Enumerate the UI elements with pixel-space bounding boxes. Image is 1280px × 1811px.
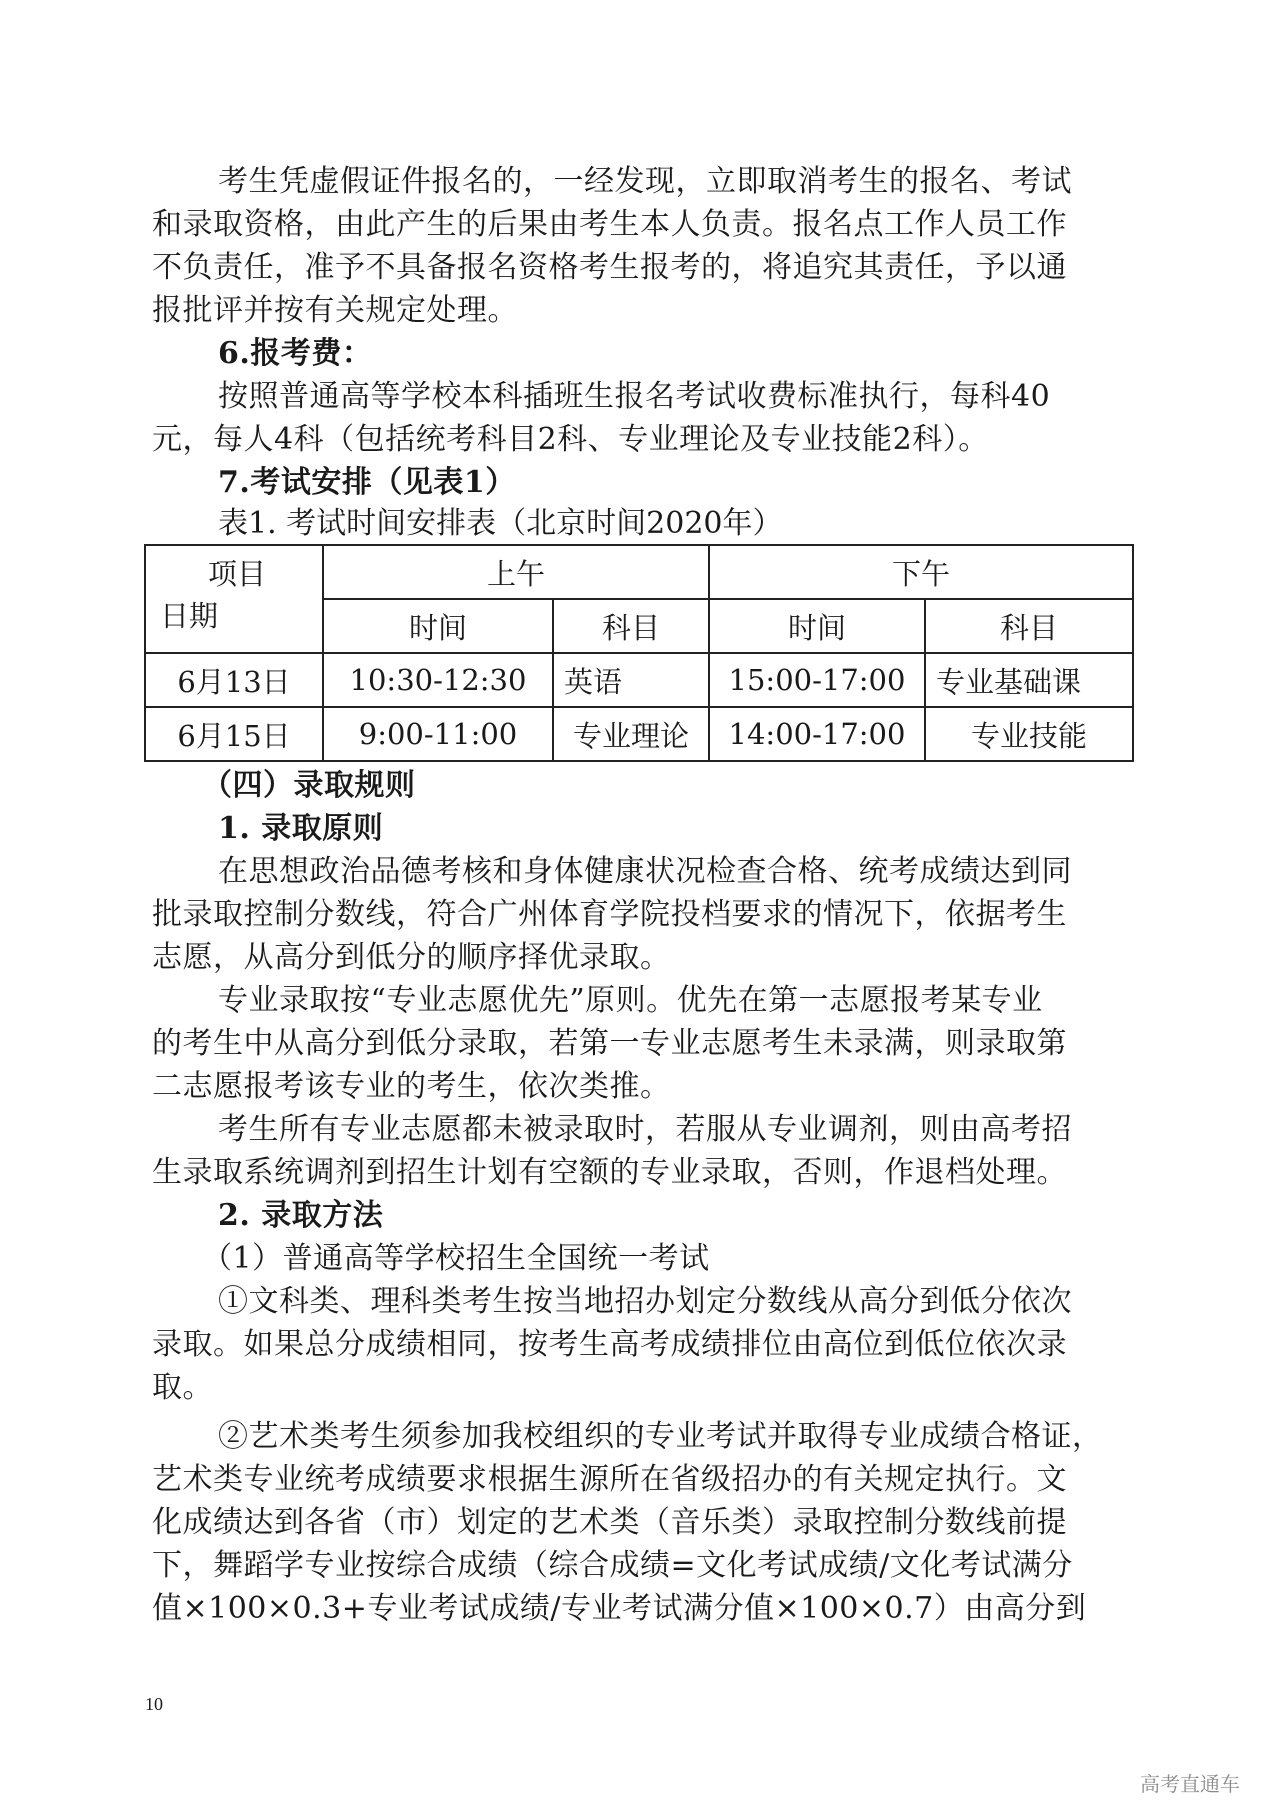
header-pm: 下午 bbox=[709, 545, 1133, 599]
paragraph-line: 考生凭虚假证件报名的，一经发现，立即取消考生的报名、考试 bbox=[152, 160, 1132, 203]
cell-pm-subject: 专业基础课 bbox=[925, 653, 1133, 707]
exam-schedule-table: 项目 日期 上午 下午 时间 科目 时间 科目 6月13日 10:30-12:3… bbox=[144, 544, 1134, 762]
subheader-pm-subject: 科目 bbox=[925, 599, 1133, 653]
corner-date-label: 日期 bbox=[160, 594, 218, 635]
header-am: 上午 bbox=[323, 545, 709, 599]
paragraph-line: 化成绩达到各省（市）划定的艺术类（音乐类）录取控制分数线前提 bbox=[152, 1501, 1132, 1544]
table-row: 6月15日 9:00-11:00 专业理论 14:00-17:00 专业技能 bbox=[145, 707, 1133, 761]
subheader-am-subject: 科目 bbox=[553, 599, 709, 653]
table-header-row: 项目 日期 上午 下午 bbox=[145, 545, 1133, 599]
cell-date: 6月15日 bbox=[145, 707, 323, 761]
paragraph-line: ①文科类、理科类考生按当地招办划定分数线从高分到低分依次 bbox=[152, 1280, 1132, 1323]
paragraph-line: 考生所有专业志愿都未被录取时，若服从专业调剂，则由高考招 bbox=[152, 1108, 1132, 1151]
paragraph-line: 专业录取按“专业志愿优先”原则。优先在第一志愿报考某专业 bbox=[152, 979, 1132, 1022]
paragraph-line: 志愿，从高分到低分的顺序择优录取。 bbox=[152, 936, 1132, 979]
paragraph-line: 录取。如果总分成绩相同，按考生高考成绩排位由高位到低位依次录 bbox=[152, 1323, 1132, 1366]
table-row: 6月13日 10:30-12:30 英语 15:00-17:00 专业基础课 bbox=[145, 653, 1133, 707]
cell-date: 6月13日 bbox=[145, 653, 323, 707]
cell-pm-subject: 专业技能 bbox=[925, 707, 1133, 761]
paragraph-line: 批录取控制分数线，符合广州体育学院投档要求的情况下，依据考生 bbox=[152, 893, 1132, 936]
paragraph-line: 不负责任，准予不具备报名资格考生报考的，将追究其责任，予以通 bbox=[152, 246, 1132, 289]
heading-schedule: 7.考试安排（见表1） bbox=[152, 461, 1132, 504]
document-page: 考生凭虚假证件报名的，一经发现，立即取消考生的报名、考试 和录取资格，由此产生的… bbox=[152, 160, 1132, 1630]
paragraph-line: 按照普通高等学校本科插班生报名考试收费标准执行，每科40 bbox=[152, 375, 1132, 418]
table-corner-cell: 项目 日期 bbox=[145, 545, 323, 653]
paragraph-line: 在思想政治品德考核和身体健康状况检查合格、统考成绩达到同 bbox=[152, 850, 1132, 893]
subheader-pm-time: 时间 bbox=[709, 599, 925, 653]
subsection-heading: 1. 录取原则 bbox=[152, 807, 1132, 850]
paragraph-line: 元，每人4科（包括统考科目2科、专业理论及专业技能2科）。 bbox=[152, 418, 1132, 461]
cell-am-subject: 专业理论 bbox=[553, 707, 709, 761]
subsection-heading: 2. 录取方法 bbox=[152, 1194, 1132, 1237]
cell-am-time: 9:00-11:00 bbox=[323, 707, 553, 761]
subheader-am-time: 时间 bbox=[323, 599, 553, 653]
cell-am-time: 10:30-12:30 bbox=[323, 653, 553, 707]
paragraph-line: 生录取系统调剂到招生计划有空额的专业录取，否则，作退档处理。 bbox=[152, 1151, 1132, 1194]
heading-fee: 6.报考费： bbox=[152, 332, 1132, 375]
paragraph-line: 值×100×0.3+专业考试成绩/专业考试满分值×100×0.7）由高分到 bbox=[152, 1587, 1132, 1630]
paragraph-line: 取。 bbox=[152, 1366, 1132, 1409]
sub-item-heading: （1）普通高等学校招生全国统一考试 bbox=[152, 1237, 1132, 1280]
paragraph-line: 报批评并按有关规定处理。 bbox=[152, 289, 1132, 332]
paragraph-line: 艺术类专业统考成绩要求根据生源所在省级招办的有关规定执行。文 bbox=[152, 1458, 1132, 1501]
page-number: 10 bbox=[145, 1694, 163, 1715]
cell-pm-time: 15:00-17:00 bbox=[709, 653, 925, 707]
paragraph-line: 二志愿报考该专业的考生，依次类推。 bbox=[152, 1065, 1132, 1108]
paragraph-line: 的考生中从高分到低分录取，若第一专业志愿考生未录满，则录取第 bbox=[152, 1022, 1132, 1065]
paragraph-line: 和录取资格，由此产生的后果由考生本人负责。报名点工作人员工作 bbox=[152, 203, 1132, 246]
table-caption: 表1. 考试时间安排表（北京时间2020年） bbox=[152, 504, 1132, 544]
section-heading: （四）录取规则 bbox=[152, 764, 1132, 807]
corner-item-label: 项目 bbox=[208, 552, 266, 593]
cell-pm-time: 14:00-17:00 bbox=[709, 707, 925, 761]
paragraph-line: 下，舞蹈学专业按综合成绩（综合成绩=文化考试成绩/文化考试满分 bbox=[152, 1544, 1132, 1587]
cell-am-subject: 英语 bbox=[553, 653, 709, 707]
paragraph-line: ②艺术类考生须参加我校组织的专业考试并取得专业成绩合格证， bbox=[152, 1415, 1132, 1458]
watermark-text: 高考直通车 bbox=[1140, 1768, 1240, 1797]
